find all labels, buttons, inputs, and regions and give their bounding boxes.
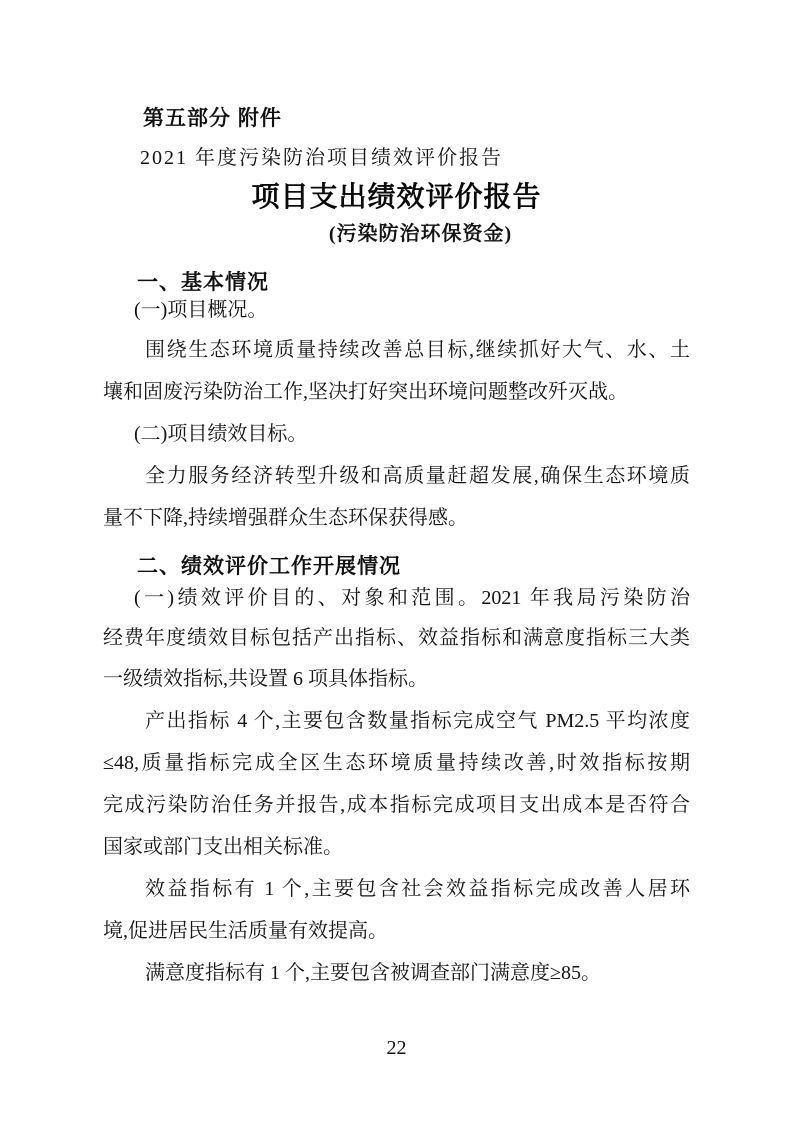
- paragraph-line: 量不下降,持续增强群众生态环保获得感。: [103, 497, 690, 539]
- part-heading: 第五部分 附件: [103, 104, 690, 134]
- paragraph-line: 壤和固废污染防治工作,坚决打好突出环境问题整改歼灭战。: [103, 371, 690, 413]
- paragraph-line: ≤48,质量指标完成全区生态环境质量持续改善,时效指标按期: [103, 742, 690, 784]
- paragraph-line: 国家或部门支出相关标准。: [103, 826, 690, 868]
- doc-title: 项目支出绩效评价报告: [103, 179, 690, 217]
- doc-subtitle: (污染防治环保资金): [127, 220, 714, 248]
- clause-heading-line: (一)项目概况。: [103, 289, 690, 331]
- paragraph-line: 产出指标 4 个,主要包含数量指标完成空气 PM2.5 平均浓度: [103, 700, 690, 742]
- document-page: 第五部分 附件 2021 年度污染防治项目绩效评价报告 项目支出绩效评价报告 (…: [0, 0, 793, 1122]
- paragraph-line: 围绕生态环境质量持续改善总目标,继续抓好大气、水、土: [103, 329, 690, 371]
- paragraph-line: 全力服务经济转型升级和高质量赶超发展,确保生态环境质: [103, 455, 690, 497]
- paragraph-line: 完成污染防治任务并报告,成本指标完成项目支出成本是否符合: [103, 784, 690, 826]
- paragraph-line: 经费年度绩效目标包括产出指标、效益指标和满意度指标三大类: [103, 617, 690, 659]
- report-name-line: 2021 年度污染防治项目绩效评价报告: [103, 144, 690, 172]
- paragraph-line: 效益指标有 1 个,主要包含社会效益指标完成改善人居环: [103, 868, 690, 910]
- paragraph-line: 一级绩效指标,共设置 6 项具体指标。: [103, 658, 690, 700]
- paragraph-line: 满意度指标有 1 个,主要包含被调查部门满意度≥85。: [103, 952, 690, 994]
- clause-heading-line: (二)项目绩效目标。: [103, 413, 690, 455]
- page-number: 22: [0, 1034, 793, 1062]
- paragraph-line: 境,促进居民生活质量有效提高。: [103, 910, 690, 952]
- clause-heading-line: (一)绩效评价目的、对象和范围。2021 年我局污染防治: [103, 577, 690, 619]
